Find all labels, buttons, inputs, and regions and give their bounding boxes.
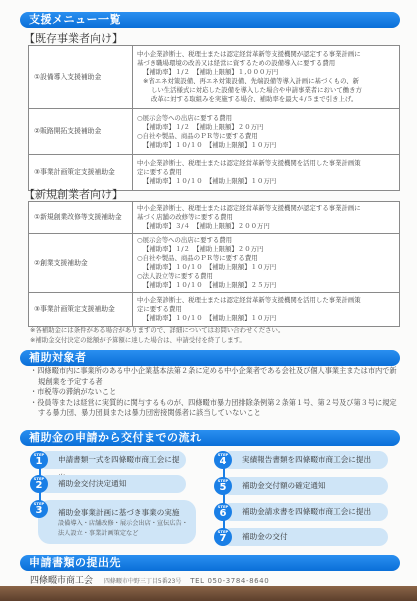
eligibility-item: ・役員等または経営に実質的に関与するものが、四條畷市暴力団排除条例第２条第１号、…	[30, 398, 400, 419]
step-connector-right	[223, 460, 225, 532]
subheading-new-business: 【新規創業者向け】	[24, 186, 123, 202]
table-row: ③事業計画策定支援補助金 中小企業診断士、税理士または認定経営革新等支援機関を活…	[29, 293, 400, 327]
new-business-table: ①新規創業改修等支援補助金 中小企業診断士、税理士または認定経営革新等支援機関が…	[28, 201, 400, 327]
step-badge-1: STEP1	[30, 451, 48, 469]
step-2: 補助金交付決定通知	[38, 475, 186, 493]
existing-business-table: ①設備導入支援補助金 中小企業診断士、税理士または認定経営革新等支援機関が認定す…	[28, 45, 400, 191]
step-badge-3: STEP3	[30, 500, 48, 518]
subsidy-description: 中小企業診断士、税理士または認定経営革新等支援機関を活用した事業計画策 定に要す…	[133, 293, 400, 327]
table-row: ①新規創業改修等支援補助金 中小企業診断士、税理士または認定経営革新等支援機関が…	[29, 202, 400, 234]
step-5: 補助金交付額の確定通知	[222, 477, 388, 495]
step-6: 補助金請求書を四條畷市商工会に提出	[222, 503, 388, 521]
subsidy-description: 中小企業診断士、税理士または認定経営革新等支援機関が認定する事業計画に 基づき職…	[133, 46, 400, 109]
subsidy-name: ②販路開拓支援補助金	[29, 109, 133, 155]
step-badge-6: STEP6	[214, 503, 232, 521]
step-badge-7: STEP7	[214, 528, 232, 546]
subsidy-name: ①新規創業改修等支援補助金	[29, 202, 133, 234]
eligibility-list: ・四條畷市内に事業所のある中小企業基本法第２条に定める中小企業者である会社及び個…	[30, 366, 400, 419]
subsidy-name: ②創業支援補助金	[29, 234, 133, 293]
subheading-existing-business: 【既存事業者向け】	[24, 30, 123, 46]
subsidy-name: ①設備導入支援補助金	[29, 46, 133, 109]
organization-name: 四條畷市商工会	[30, 576, 93, 586]
subsidy-description: 中小企業診断士、税理士または認定経営革新等支援機関を活用した事業計画策 定に要す…	[133, 155, 400, 191]
section-header-support-menu: 支援メニュー一覧	[20, 12, 400, 28]
step-badge-5: STEP5	[214, 477, 232, 495]
step-badge-2: STEP2	[30, 475, 48, 493]
table-row: ①設備導入支援補助金 中小企業診断士、税理士または認定経営革新等支援機関が認定す…	[29, 46, 400, 109]
step-badge-4: STEP4	[214, 451, 232, 469]
subsidy-description: 中小企業診断士、税理士または認定経営革新等支援機関が認定する事業計画に 基づく店…	[133, 202, 400, 234]
subsidy-name: ③事業計画策定支援補助金	[29, 293, 133, 327]
step-3: 補助金事業計画に基づき事業の実施 設備導入・店舗改修・展示会出店・宣伝広告・ 法…	[38, 500, 196, 544]
subsidy-description: ○展示会等への出店に要する費用 【補助率】１/２ 【補助上限額】２０万円 ○自社…	[133, 109, 400, 155]
eligibility-item: ・四條畷市内に事業所のある中小企業基本法第２条に定める中小企業者である会社及び個…	[30, 366, 400, 387]
step-7: 補助金の交付	[222, 528, 388, 546]
subsidy-description: ○展示会等への出店に要する費用 【補助率】１/２ 【補助上限額】２０万円 ○自社…	[133, 234, 400, 293]
step-1: 申請書類一式を四條畷市商工会に提出	[38, 451, 186, 469]
table-row: ②販路開拓支援補助金 ○展示会等への出店に要する費用 【補助率】１/２ 【補助上…	[29, 109, 400, 155]
section-header-submission: 申請書類の提出先	[20, 555, 400, 571]
contact-info: 四條畷市商工会 四條畷市中野三丁目5番23号 TEL 050-3784-8640	[30, 573, 269, 586]
phone-number: TEL 050-3784-8640	[190, 577, 269, 585]
step-4: 実績報告書類を四條畷市商工会に提出	[222, 451, 388, 469]
note-budget-limit: ※補助金交付決定の総額が予算額に達した場合は、申請受付を終了します。	[30, 336, 246, 346]
section-header-eligibility: 補助対象者	[20, 350, 400, 366]
eligibility-item: ・市税等の滞納がないこと	[30, 387, 400, 398]
background-wood-bottom	[0, 586, 417, 601]
address: 四條畷市中野三丁目5番23号	[104, 578, 181, 585]
note-conditions: ※各補助金には条件がある場合がありますので、詳細についてはお問い合わせください。	[30, 326, 284, 336]
table-row: ②創業支援補助金 ○展示会等への出店に要する費用 【補助率】１/２ 【補助上限額…	[29, 234, 400, 293]
section-header-flow: 補助金の申請から交付までの流れ	[20, 430, 400, 446]
